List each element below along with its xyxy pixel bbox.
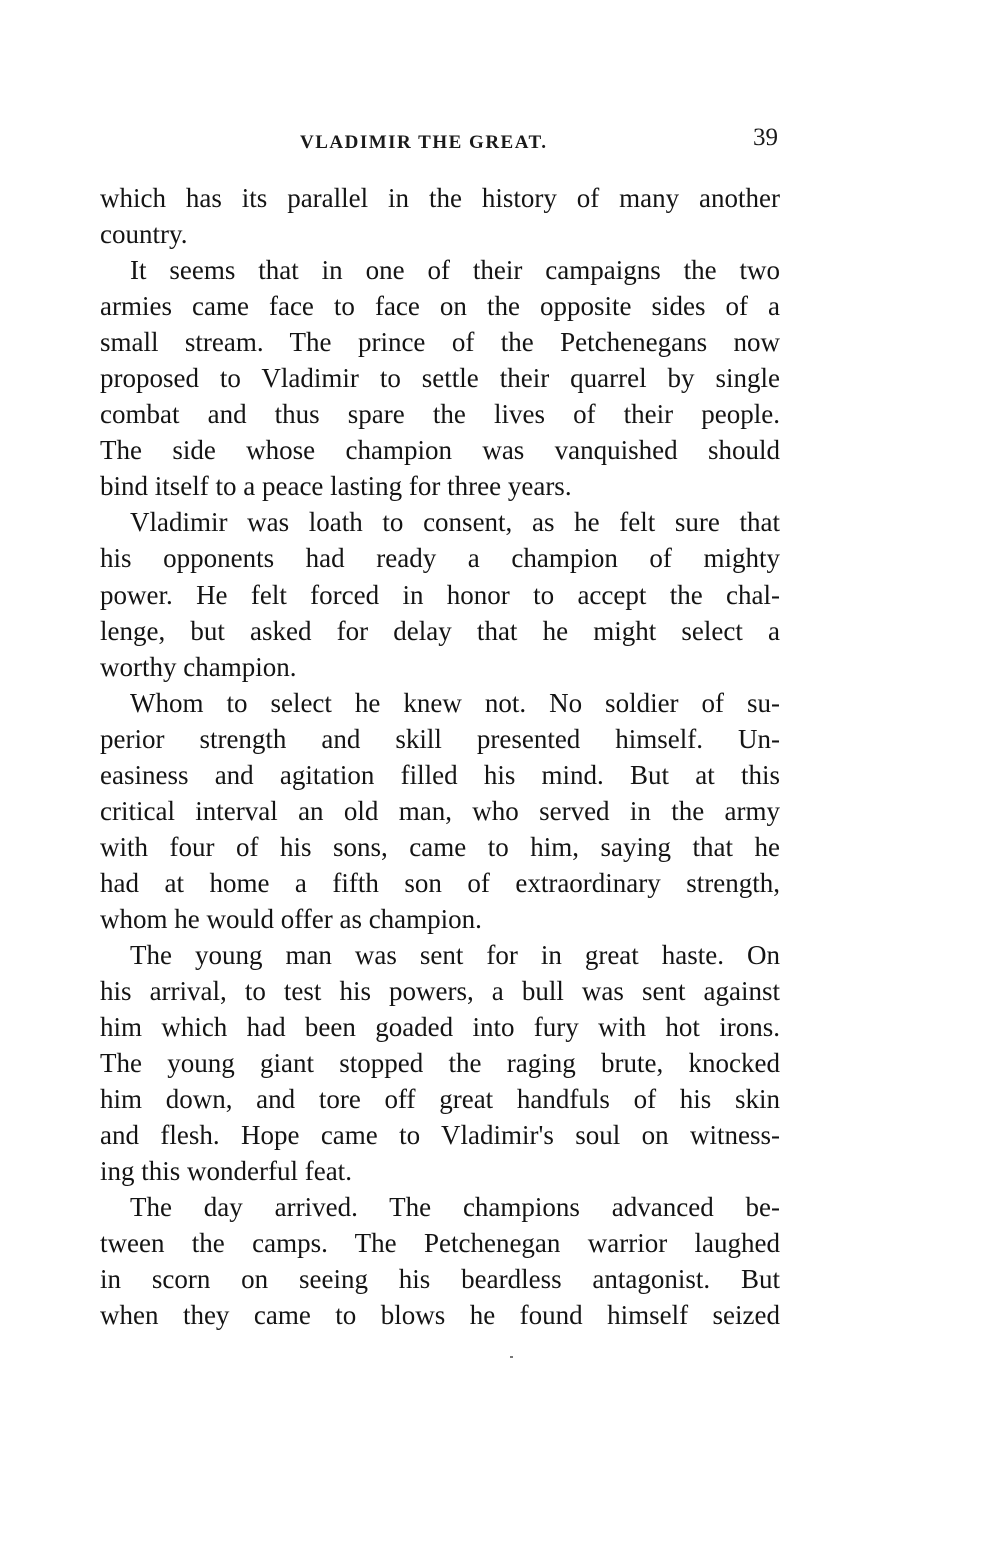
text-line: country. [100,216,780,252]
text-line: power. He felt forced in honor to accept… [100,577,780,613]
scan-speck [510,1356,513,1358]
text-line: Vladimir was loath to consent, as he fel… [100,504,780,540]
page-number: 39 [753,124,778,152]
text-line: easiness and agitation filled his mind. … [100,757,780,793]
text-line: when they came to blows he found himself… [100,1297,780,1333]
text-line: lenge, but asked for delay that he might… [100,613,780,649]
text-line: proposed to Vladimir to settle their qua… [100,360,780,396]
text-line: The side whose champion was vanquished s… [100,432,780,468]
text-line: and flesh. Hope came to Vladimir's soul … [100,1117,780,1153]
body-text: which has its parallel in the history of… [100,180,780,1334]
paragraph: Vladimir was loath to consent, as he fel… [100,504,780,684]
paragraph: It seems that in one of their campaigns … [100,252,780,504]
paragraph: Whom to select he knew not. No soldier o… [100,685,780,937]
text-line: The young man was sent for in great hast… [100,937,780,973]
text-line: had at home a fifth son of extraordinary… [100,865,780,901]
text-line: The young giant stopped the raging brute… [100,1045,780,1081]
text-line: It seems that in one of their campaigns … [100,252,780,288]
text-line: critical interval an old man, who served… [100,793,780,829]
text-line: tween the camps. The Petchenegan warrior… [100,1225,780,1261]
text-line: him which had been goaded into fury with… [100,1009,780,1045]
text-line: his opponents had ready a champion of mi… [100,540,780,576]
running-head-title: VLADIMIR THE GREAT. [300,132,548,154]
text-line: bind itself to a peace lasting for three… [100,468,780,504]
text-line: perior strength and skill presented hims… [100,721,780,757]
paragraph: which has its parallel in the history of… [100,180,780,252]
paragraph: The day arrived. The champions advanced … [100,1189,780,1333]
text-line: The day arrived. The champions advanced … [100,1189,780,1225]
text-line: small stream. The prince of the Petchene… [100,324,780,360]
text-line: worthy champion. [100,649,780,685]
text-line: whom he would offer as champion. [100,901,780,937]
text-line: ing this wonderful feat. [100,1153,780,1189]
book-page: VLADIMIR THE GREAT. 39 which has its par… [0,0,1000,1559]
text-line: with four of his sons, came to him, sayi… [100,829,780,865]
text-line: his arrival, to test his powers, a bull … [100,973,780,1009]
paragraph: The young man was sent for in great hast… [100,937,780,1189]
text-line: Whom to select he knew not. No soldier o… [100,685,780,721]
text-line: armies came face to face on the opposite… [100,288,780,324]
text-line: in scorn on seeing his beardless antagon… [100,1261,780,1297]
text-line: which has its parallel in the history of… [100,180,780,216]
text-line: him down, and tore off great handfuls of… [100,1081,780,1117]
text-line: combat and thus spare the lives of their… [100,396,780,432]
